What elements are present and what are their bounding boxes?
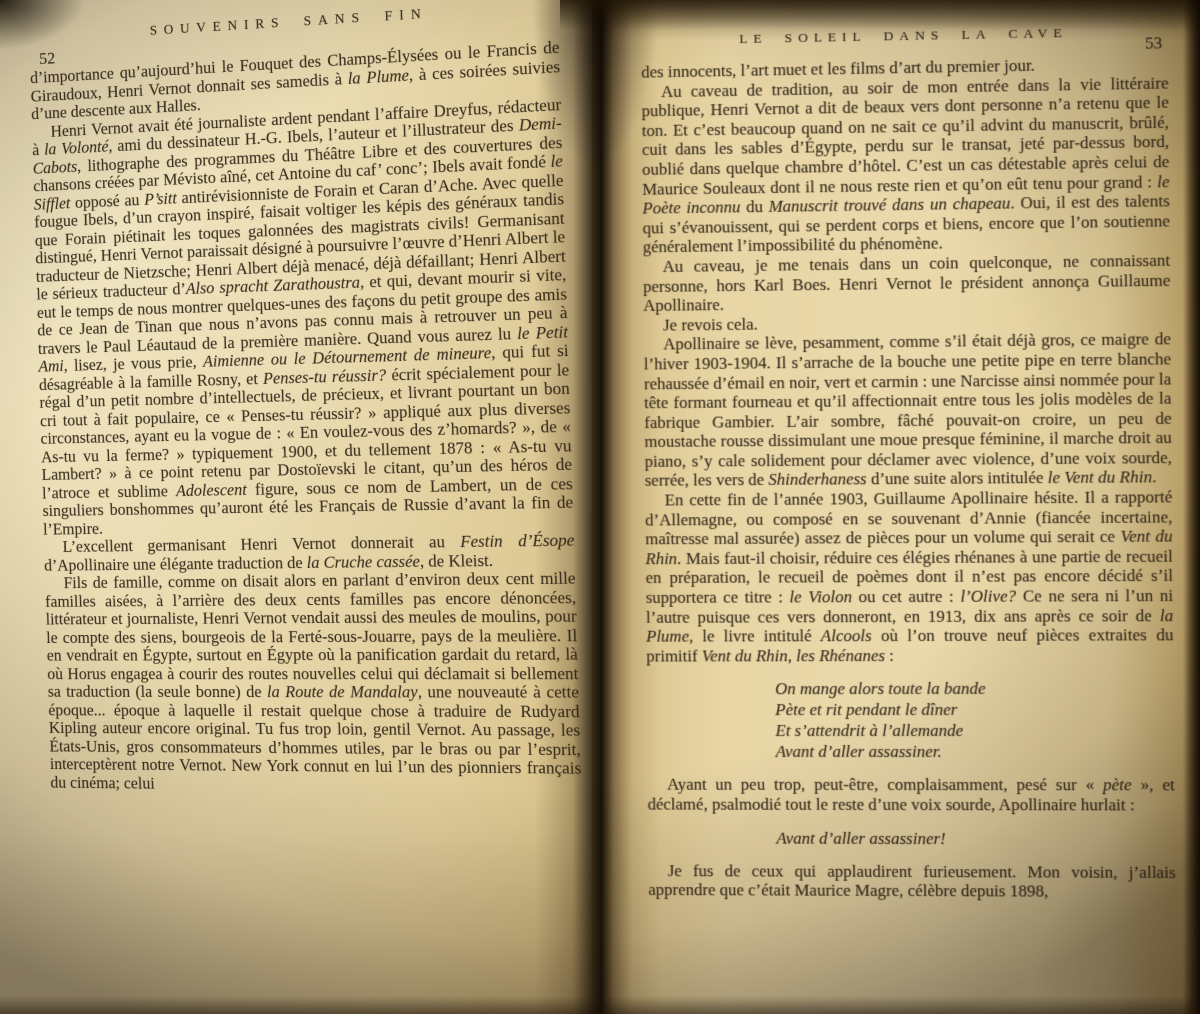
text-run: Adolescent: [176, 480, 247, 500]
text-run: ,: [788, 646, 797, 665]
text-run: Ayant un peu trop, peut-être, complaisam…: [667, 775, 1103, 795]
paragraph: Je fus de ceux qui applaudirent furieuse…: [648, 861, 1176, 902]
text-run: ou cet autre :: [852, 587, 960, 606]
text-run: d’une suite alors intitulée: [867, 468, 1048, 488]
text-run: Et s’attendrit à l’allemande: [775, 721, 963, 740]
paragraph: Ayant un peu trop, peut-être, complaisam…: [647, 775, 1175, 815]
right-page-text: des innocents, l’art muet et les films d…: [641, 53, 1176, 902]
text-run: , le livre intitulé: [689, 626, 821, 645]
text-run: Vent du Rhin: [702, 646, 788, 665]
text-run: Avant d’aller assassiner.: [776, 742, 942, 761]
text-run: les Rhénanes: [796, 646, 885, 665]
text-run: pète: [1103, 776, 1132, 795]
text-run: Alcools: [821, 626, 872, 645]
text-run: la Cruche cassée: [306, 551, 420, 571]
text-run: En cette fin de l’année 1903, Guillaume …: [645, 487, 1172, 548]
paragraph: En cette fin de l’année 1903, Guillaume …: [645, 487, 1174, 666]
verse-line: Et s’attendrit à l’allemande: [775, 720, 1174, 741]
paragraph: Fils de famille, comme on disait alors e…: [44, 569, 582, 797]
text-run: , de Kleist.: [420, 550, 494, 570]
text-run: Au caveau, je me tenais dans un coin que…: [643, 251, 1170, 315]
left-page-content: SOUVENIRS SANS FIN 52 d’importance qu’au…: [29, 0, 582, 797]
text-run: le Violon: [789, 587, 852, 606]
text-run: Apollinaire se lève, pesamment, comme s’…: [644, 329, 1172, 490]
text-run: .: [1152, 468, 1156, 487]
text-run: du: [740, 197, 768, 216]
text-run: le Vent du Rhin: [1048, 468, 1152, 488]
text-run: Avant d’aller assassiner!: [776, 828, 946, 847]
text-run: la Route de Mandalay: [267, 682, 418, 701]
verse-line: Avant d’aller assassiner!: [776, 827, 1175, 849]
paragraph: Apollinaire se lève, pesamment, comme s’…: [644, 329, 1173, 490]
paragraph: Au caveau, je me tenais dans un coin que…: [643, 251, 1171, 316]
text-run: P’sitt: [144, 188, 177, 208]
left-page-text: d’importance qu’aujourd’hui le Fouquet d…: [30, 38, 582, 797]
paragraph: Henri Vernot avait été journaliste arden…: [32, 95, 575, 538]
book-photo: SOUVENIRS SANS FIN 52 d’importance qu’au…: [0, 0, 1200, 1014]
text-run: :: [885, 646, 894, 665]
right-page-content: LE SOLEIL DANS LA CAVE 53 des innocents,…: [641, 0, 1176, 902]
text-run: Manuscrit trouvé dans un chapeau: [769, 194, 1011, 216]
text-run: Pète et rit pendant le dîner: [775, 700, 957, 719]
right-page-number: 53: [1145, 33, 1162, 53]
text-run: Festin d’Ésope: [460, 530, 575, 551]
text-run: Au caveau de tradition, au soir de mon e…: [642, 73, 1170, 198]
verse-line: On mange alors toute la bande: [775, 678, 1174, 700]
text-run: Je revois cela.: [663, 314, 758, 334]
text-run: On mange alors toute la bande: [775, 679, 986, 698]
text-run: Shinderhaness: [768, 470, 866, 490]
text-run: l’Olive?: [960, 587, 1016, 606]
paragraph: Au caveau de tradition, au soir de mon e…: [641, 73, 1170, 257]
right-running-head: LE SOLEIL DANS LA CAVE: [641, 23, 1168, 49]
verse-line: Pète et rit pendant le dîner: [775, 699, 1174, 720]
text-run: la Plume: [347, 65, 409, 88]
text-run: Je fus de ceux qui applaudirent furieuse…: [648, 861, 1175, 901]
left-page-number: 52: [39, 49, 56, 69]
verse-line: Avant d’aller assassiner.: [776, 741, 1175, 762]
